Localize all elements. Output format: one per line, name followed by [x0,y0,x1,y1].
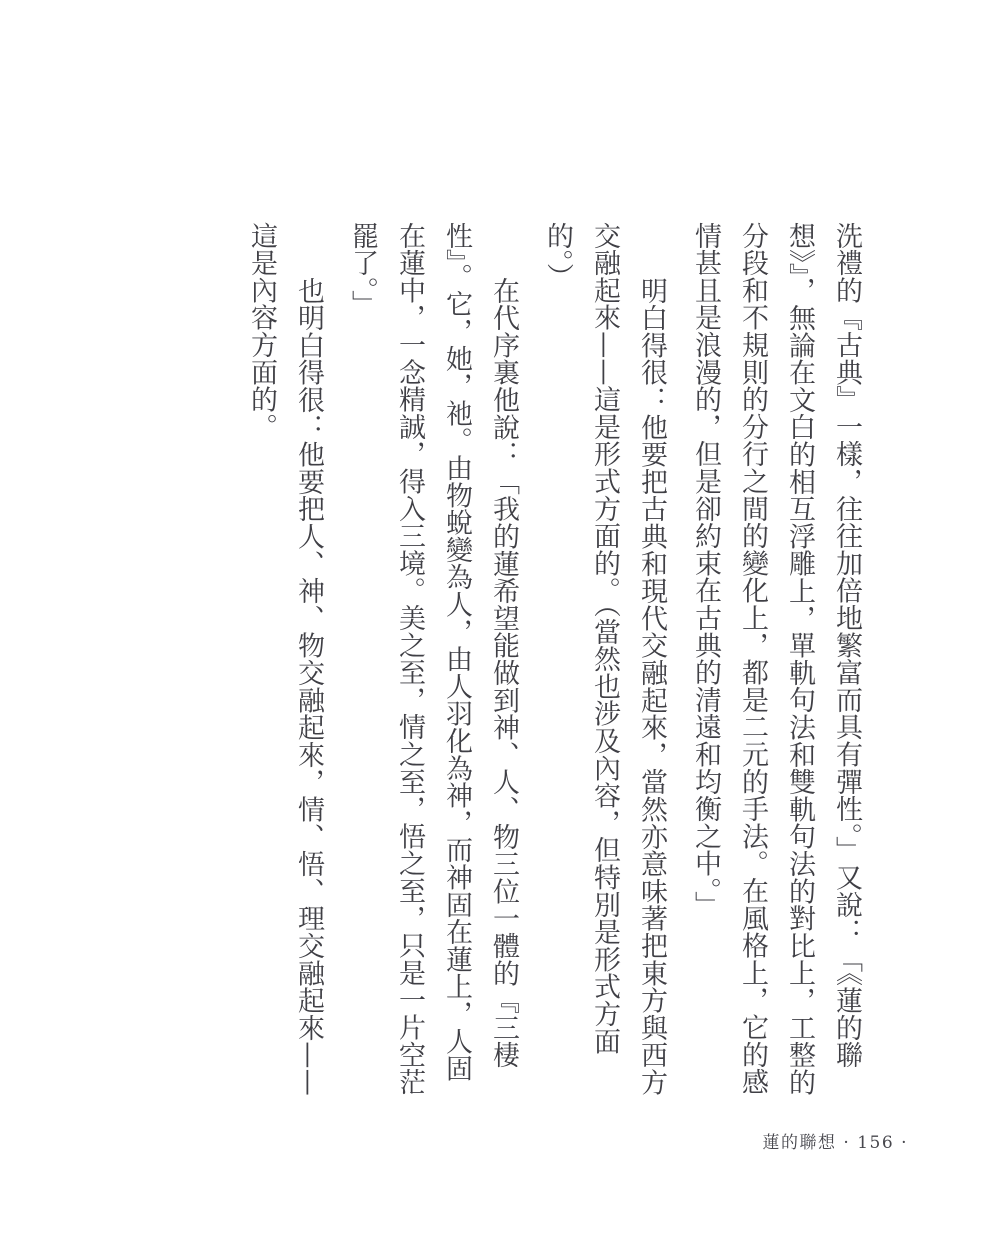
paragraph-2: 明白得很：他要把古典和現代交融起來，當然亦意味著把東方與西方交融起來——這是形式… [534,222,675,1100]
paragraph-4: 也明白得很：他要把人、神、物交融起來，情、悟、理交融起來——這是內容方面的。 [238,222,332,1100]
book-page: 洗禮的『古典』一樣，往往加倍地繁富而具有彈性。」又說：「《蓮的聯想》』，無論在文… [0,0,1000,1247]
vertical-text-block: 洗禮的『古典』一樣，往往加倍地繁富而具有彈性。」又說：「《蓮的聯想》』，無論在文… [238,222,870,1100]
paragraph-3: 在代序裏他說：「我的蓮希望能做到神、人、物三位一體的『三棲性』。它，她，祂。由物… [339,222,527,1100]
paragraph-1: 洗禮的『古典』一樣，往往加倍地繁富而具有彈性。」又說：「《蓮的聯想》』，無論在文… [682,222,870,1100]
footer-running-title: 蓮的聯想 · 156 · [763,1133,908,1153]
page-footer: 蓮的聯想 · 156 · [763,1128,908,1153]
